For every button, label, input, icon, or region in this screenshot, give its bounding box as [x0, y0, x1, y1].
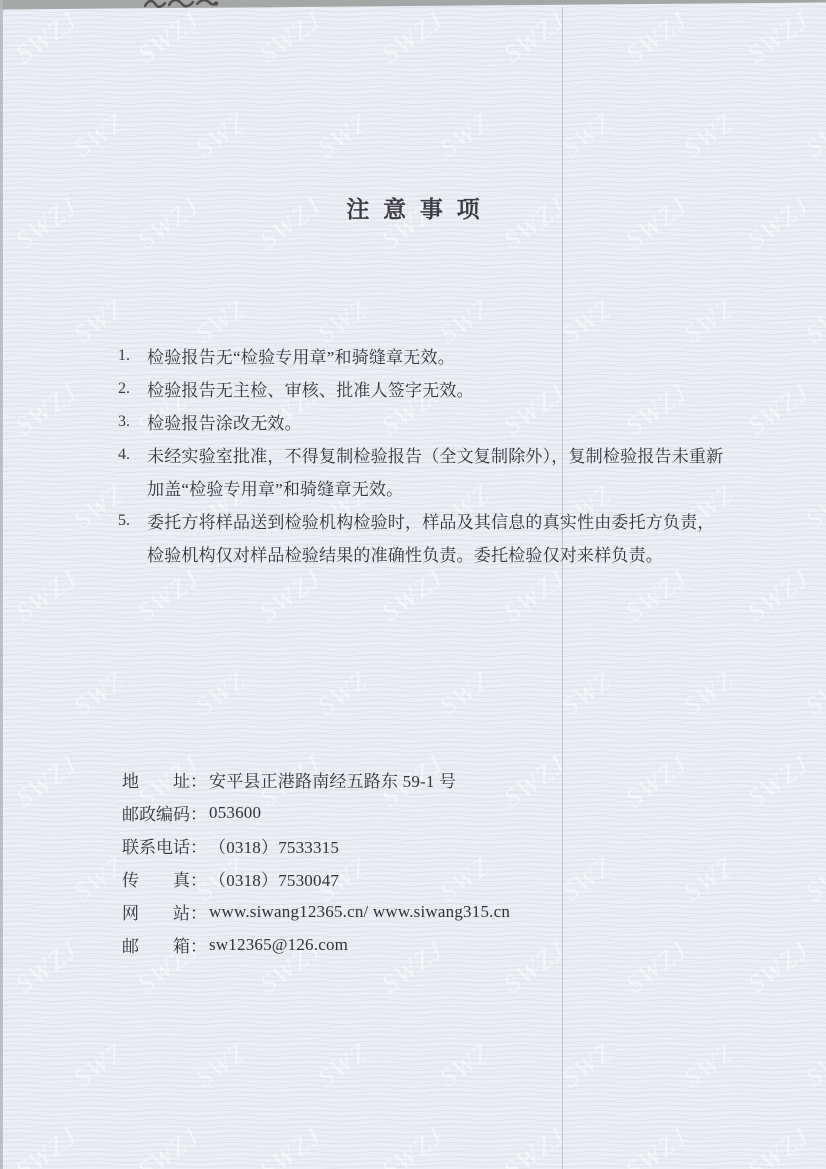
notice-number: 4.: [118, 446, 147, 464]
notice-text: 加盖“检验专用章”和骑缝章无效。: [147, 475, 403, 500]
notice-item-2: 2. 检验报告无主检、审核、批准人签字无效。: [118, 372, 723, 405]
contact-block: 地 址： 安平县正港路南经五路东 59-1 号 邮政编码： 053600 联系电…: [122, 763, 510, 961]
contact-label: 邮 箱：: [122, 932, 209, 957]
contact-row-postal-code: 邮政编码： 053600: [122, 796, 510, 829]
notice-item-3: 3. 检验报告涂改无效。: [118, 405, 723, 438]
notice-number: 1.: [118, 347, 147, 365]
contact-value: www.siwang12365.cn/ www.siwang315.cn: [209, 902, 510, 922]
handwriting-mark: [142, 0, 220, 10]
notice-item-5-continued: 检验机构仅对样品检验结果的准确性负责。委托检验仅对来样负责。: [118, 537, 723, 570]
notice-text: 检验报告涂改无效。: [147, 409, 302, 434]
contact-value: （0318）7533315: [209, 833, 339, 858]
contact-row-address: 地 址： 安平县正港路南经五路东 59-1 号: [122, 763, 510, 796]
notice-text: 委托方将样品送到检验机构检验时，样品及其信息的真实性由委托方负责，: [147, 508, 715, 533]
paper-texture: SWZJ SWZJ: [0, 0, 826, 1169]
contact-label: 邮政编码：: [122, 800, 209, 825]
page-title: 注 意 事 项: [0, 191, 826, 224]
contact-row-email: 邮 箱： sw12365@126.com: [122, 928, 510, 961]
notice-list: 1. 检验报告无“检验专用章”和骑缝章无效。 2. 检验报告无主检、审核、批准人…: [118, 339, 723, 570]
contact-value: 053600: [209, 803, 261, 823]
scanned-notice-page: SWZJ SWZJ 注 意 事 项 1. 检验报告无“检验专用章”和骑缝章无效。…: [0, 0, 826, 1169]
contact-label: 联系电话：: [122, 833, 209, 858]
watermark-layer: [0, 0, 826, 1169]
contact-label: 地 址：: [122, 767, 209, 792]
notice-number: 5.: [118, 512, 147, 530]
contact-value: （0318）7530047: [209, 866, 339, 891]
notice-item-1: 1. 检验报告无“检验专用章”和骑缝章无效。: [118, 339, 723, 372]
contact-label: 网 站：: [122, 899, 209, 924]
notice-text: 未经实验室批准，不得复制检验报告（全文复制除外），复制检验报告未重新: [147, 442, 723, 467]
contact-label: 传 真：: [122, 866, 209, 891]
contact-row-website: 网 站： www.siwang12365.cn/ www.siwang315.c…: [122, 895, 510, 928]
scan-edge-left: [0, 0, 3, 1169]
notice-text: 检验报告无主检、审核、批准人签字无效。: [147, 376, 474, 401]
contact-row-fax: 传 真： （0318）7530047: [122, 862, 510, 895]
notice-item-4-continued: 加盖“检验专用章”和骑缝章无效。: [118, 471, 723, 504]
notice-number: 3.: [118, 413, 147, 431]
fold-crease-line: [562, 7, 563, 1169]
notice-text: 检验报告无“检验专用章”和骑缝章无效。: [147, 343, 455, 368]
notice-item-4: 4. 未经实验室批准，不得复制检验报告（全文复制除外），复制检验报告未重新: [118, 438, 723, 471]
contact-row-phone: 联系电话： （0318）7533315: [122, 829, 510, 862]
notice-number: 2.: [118, 380, 147, 398]
contact-value: sw12365@126.com: [209, 935, 348, 955]
contact-value: 安平县正港路南经五路东 59-1 号: [209, 767, 456, 792]
notice-text: 检验机构仅对样品检验结果的准确性负责。委托检验仅对来样负责。: [147, 541, 663, 566]
notice-item-5: 5. 委托方将样品送到检验机构检验时，样品及其信息的真实性由委托方负责，: [118, 504, 723, 537]
